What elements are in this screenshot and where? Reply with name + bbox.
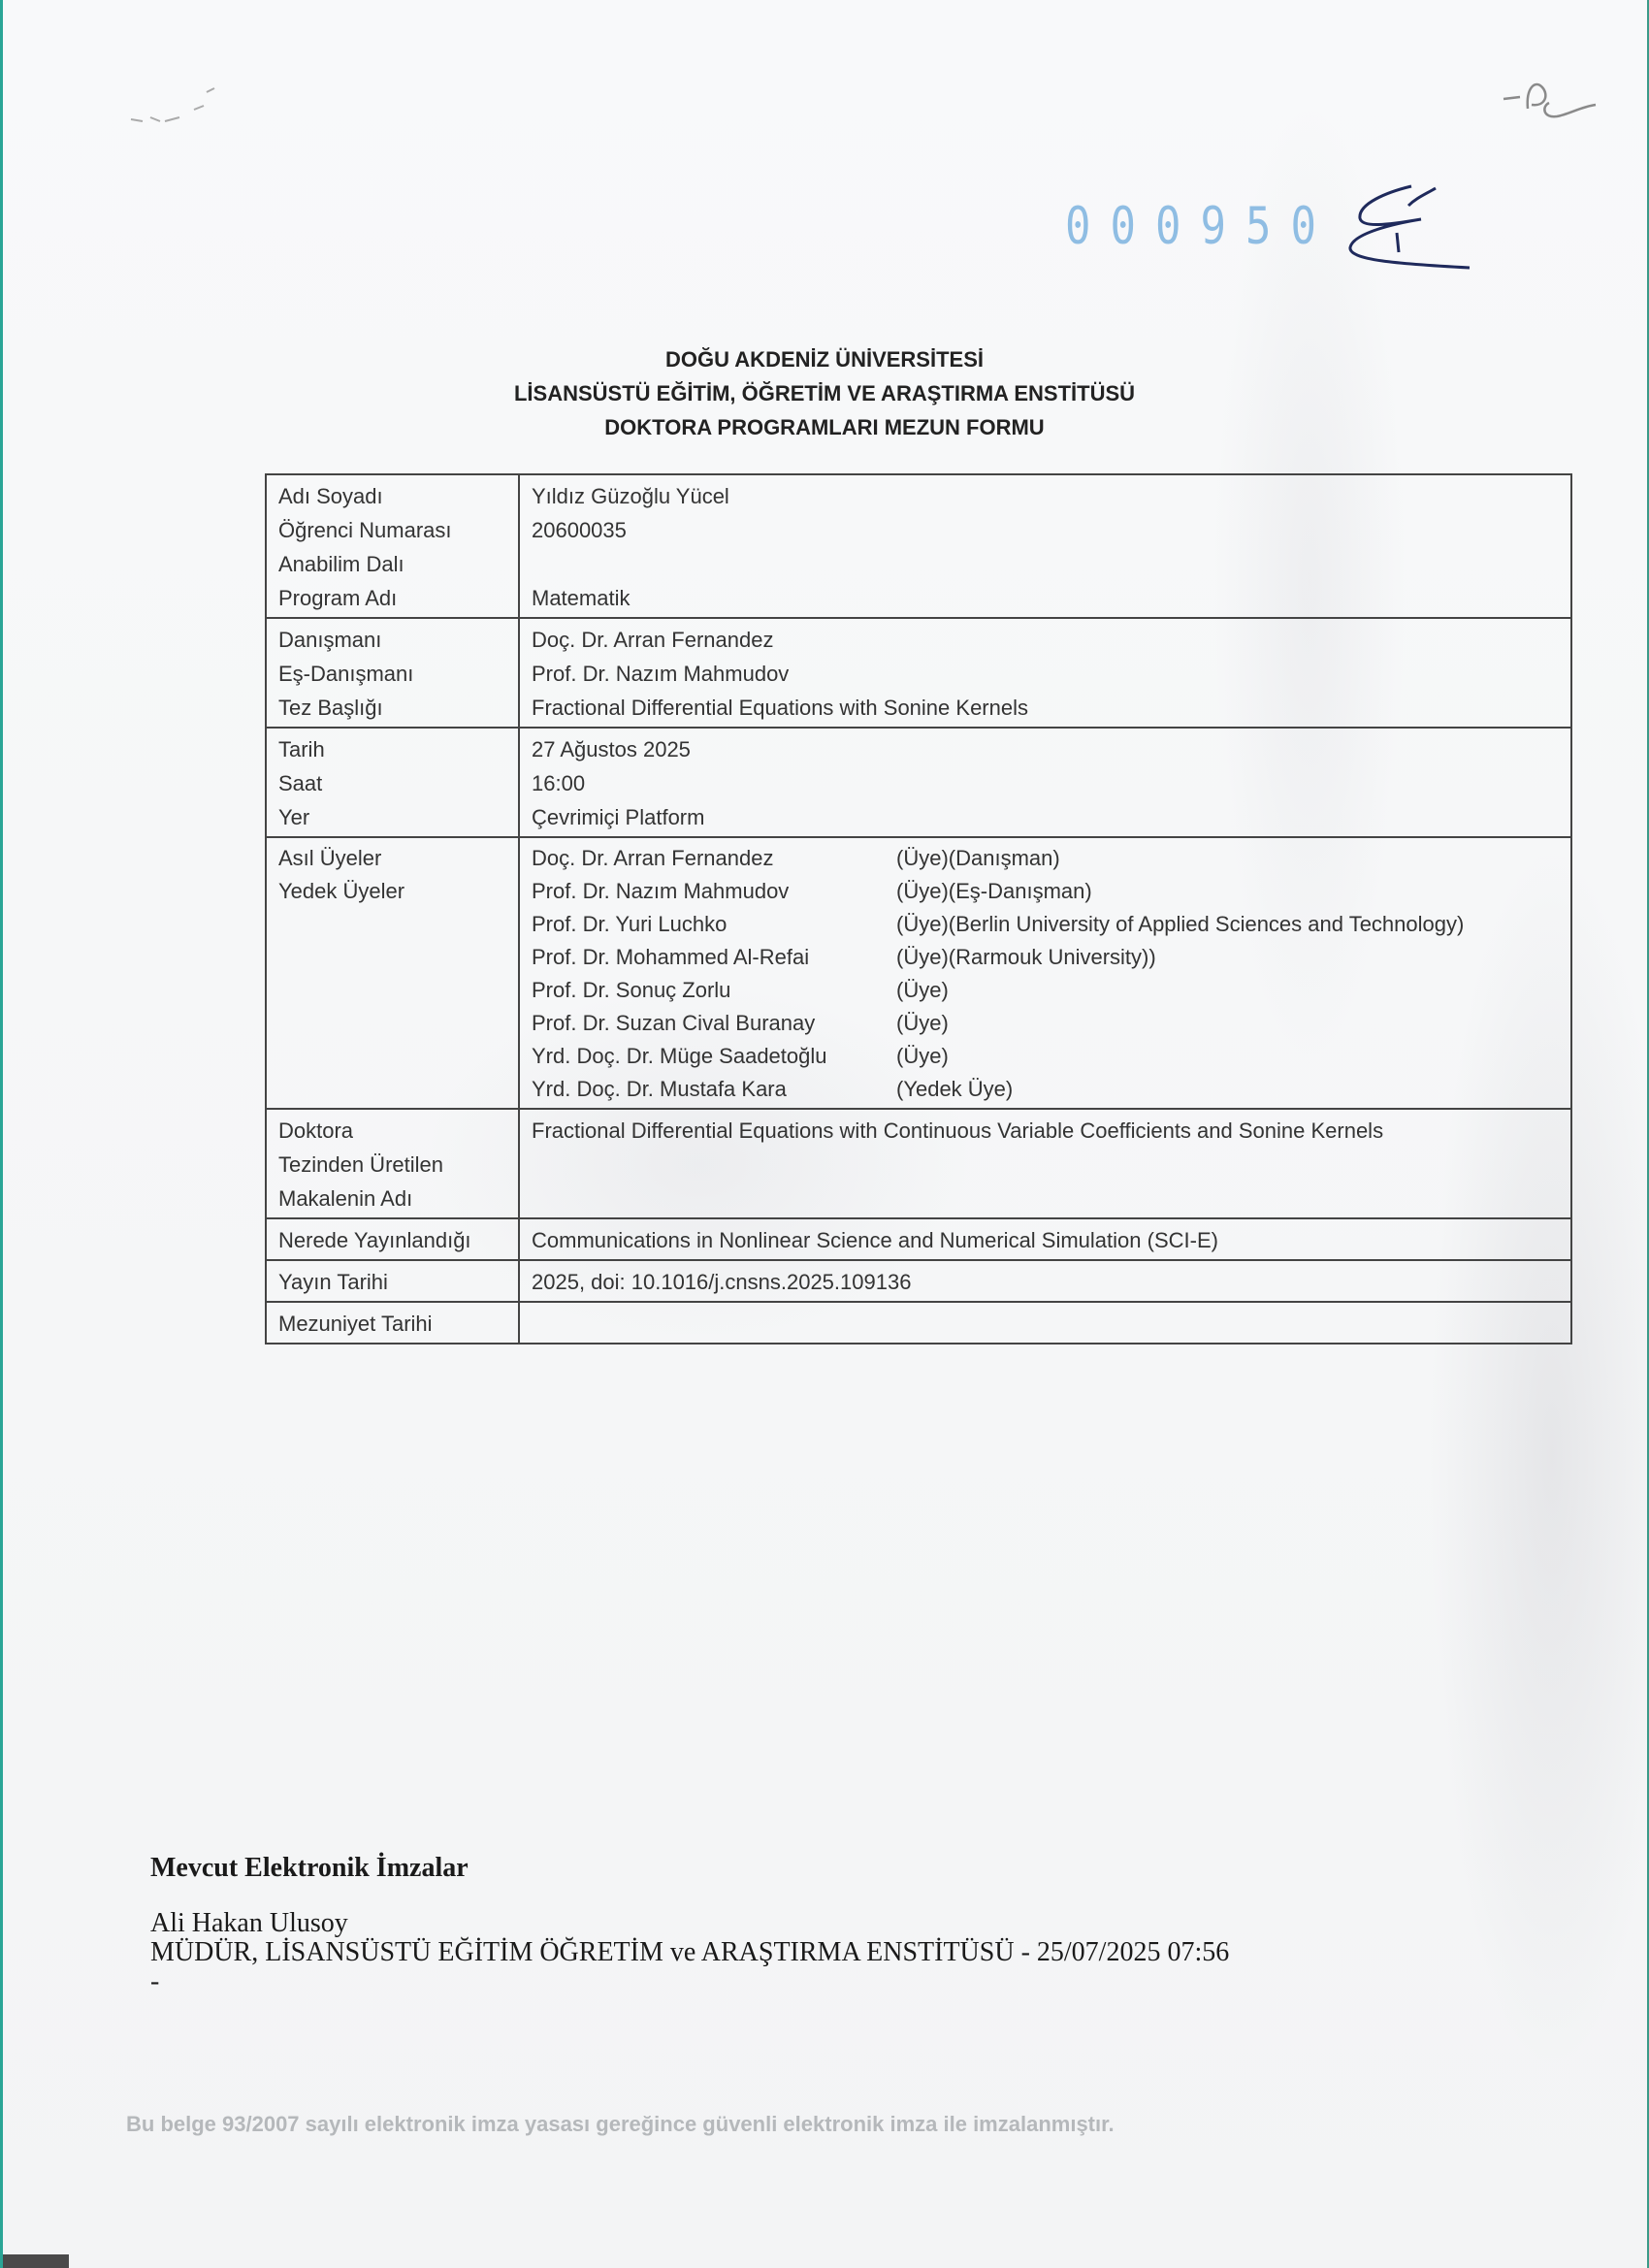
label-graduation-date: Mezuniyet Tarihi bbox=[278, 1307, 506, 1341]
ink-signature-icon bbox=[1339, 175, 1484, 281]
member-name: Prof. Dr. Yuri Luchko bbox=[532, 908, 896, 941]
member-role: (Üye)(Berlin University of Applied Scien… bbox=[896, 908, 1559, 941]
form-header: DOĞU AKDENİZ ÜNİVERSİTESİ LİSANSÜSTÜ EĞİ… bbox=[0, 342, 1649, 444]
jury-member: Prof. Dr. Nazım Mahmudov (Üye)(Eş-Danışm… bbox=[532, 875, 1559, 908]
label-time: Saat bbox=[278, 766, 506, 800]
jury-member: Prof. Dr. Sonuç Zorlu (Üye) bbox=[532, 974, 1559, 1007]
electronic-signatures: Mevcut Elektronik İmzalar Ali Hakan Ulus… bbox=[150, 1853, 1229, 1996]
jury-member: Prof. Dr. Mohammed Al-Refai (Üye)(Rarmou… bbox=[532, 941, 1559, 974]
scan-corner-shadow bbox=[3, 2254, 69, 2268]
member-name: Prof. Dr. Sonuç Zorlu bbox=[532, 974, 896, 1007]
university-name: DOĞU AKDENİZ ÜNİVERSİTESİ bbox=[0, 342, 1649, 376]
label-article-3: Makalenin Adı bbox=[278, 1182, 506, 1215]
institute-name: LİSANSÜSTÜ EĞİTİM, ÖĞRETİM VE ARAŞTIRMA … bbox=[0, 376, 1649, 410]
label-department: Anabilim Dalı bbox=[278, 547, 506, 581]
member-name: Prof. Dr. Suzan Cival Buranay bbox=[532, 1007, 896, 1040]
member-role: (Üye)(Eş-Danışman) bbox=[896, 875, 1559, 908]
value-co-advisor: Prof. Dr. Nazım Mahmudov bbox=[532, 657, 1559, 691]
article-row: Doktora Tezinden Üretilen Makalenin Adı … bbox=[266, 1109, 1571, 1218]
label-main-members: Asıl Üyeler bbox=[278, 842, 506, 875]
student-info-row: Adı Soyadı Öğrenci Numarası Anabilim Dal… bbox=[266, 474, 1571, 618]
pencil-initial-icon bbox=[1499, 78, 1625, 136]
jury-member: Prof. Dr. Suzan Cival Buranay (Üye) bbox=[532, 1007, 1559, 1040]
value-student-number: 20600035 bbox=[532, 513, 1559, 547]
member-role: (Yedek Üye) bbox=[896, 1073, 1559, 1106]
form-title: DOKTORA PROGRAMLARI MEZUN FORMU bbox=[0, 410, 1649, 444]
label-publication-date: Yayın Tarihi bbox=[278, 1265, 506, 1299]
member-role: (Üye) bbox=[896, 1007, 1559, 1040]
signer-name: Ali Hakan Ulusoy bbox=[150, 1909, 1229, 1938]
value-article-title: Fractional Differential Equations with C… bbox=[532, 1114, 1559, 1148]
member-name: Prof. Dr. Nazım Mahmudov bbox=[532, 875, 896, 908]
jury-member: Yrd. Doç. Dr. Müge Saadetoğlu (Üye) bbox=[532, 1040, 1559, 1073]
scan-edge-left bbox=[0, 0, 3, 2268]
member-name: Prof. Dr. Mohammed Al-Refai bbox=[532, 941, 896, 974]
label-advisor: Danışmanı bbox=[278, 623, 506, 657]
publication-date-row: Yayın Tarihi 2025, doi: 10.1016/j.cnsns.… bbox=[266, 1260, 1571, 1302]
value-advisor: Doç. Dr. Arran Fernandez bbox=[532, 623, 1559, 657]
value-name: Yıldız Güzoğlu Yücel bbox=[532, 479, 1559, 513]
label-thesis-title: Tez Başlığı bbox=[278, 691, 506, 725]
value-time: 16:00 bbox=[532, 766, 1559, 800]
member-role: (Üye) bbox=[896, 974, 1559, 1007]
signer-role: MÜDÜR, LİSANSÜSTÜ EĞİTİM ÖĞRETİM ve ARAŞ… bbox=[150, 1938, 1229, 1967]
legal-footer-note: Bu belge 93/2007 sayılı elektronik imza … bbox=[126, 2112, 1115, 2137]
jury-row: Asıl Üyeler Yedek Üyeler Doç. Dr. Arran … bbox=[266, 837, 1571, 1109]
jury-member: Yrd. Doç. Dr. Mustafa Kara (Yedek Üye) bbox=[532, 1073, 1559, 1106]
signatures-title: Mevcut Elektronik İmzalar bbox=[150, 1853, 1229, 1884]
document-number-stamp: 000950 bbox=[1065, 197, 1336, 256]
signature-separator: - bbox=[150, 1967, 1229, 1996]
member-name: Yrd. Doç. Dr. Müge Saadetoğlu bbox=[532, 1040, 896, 1073]
jury-member-list: Doç. Dr. Arran Fernandez (Üye)(Danışman)… bbox=[519, 837, 1571, 1109]
advisor-info-row: Danışmanı Eş-Danışmanı Tez Başlığı Doç. … bbox=[266, 618, 1571, 728]
graduate-form-table: Adı Soyadı Öğrenci Numarası Anabilim Dal… bbox=[265, 473, 1572, 1345]
scanned-page: 000950 DOĞU AKDENİZ ÜNİVERSİTESİ LİSANSÜ… bbox=[0, 0, 1649, 2268]
value-publication-date: 2025, doi: 10.1016/j.cnsns.2025.109136 bbox=[532, 1265, 1559, 1299]
value-program: Matematik bbox=[532, 581, 1559, 615]
value-published-where: Communications in Nonlinear Science and … bbox=[532, 1223, 1559, 1257]
value-department bbox=[532, 547, 1559, 581]
label-published-where: Nerede Yayınlandığı bbox=[278, 1223, 506, 1257]
value-thesis-title: Fractional Differential Equations with S… bbox=[532, 691, 1559, 725]
label-substitute-members: Yedek Üyeler bbox=[278, 875, 506, 908]
graduation-date-row: Mezuniyet Tarihi bbox=[266, 1302, 1571, 1344]
label-program: Program Adı bbox=[278, 581, 506, 615]
jury-member: Prof. Dr. Yuri Luchko (Üye)(Berlin Unive… bbox=[532, 908, 1559, 941]
value-place: Çevrimiçi Platform bbox=[532, 800, 1559, 834]
member-role: (Üye) bbox=[896, 1040, 1559, 1073]
member-role: (Üye)(Danışman) bbox=[896, 842, 1559, 875]
member-name: Doç. Dr. Arran Fernandez bbox=[532, 842, 896, 875]
member-role: (Üye)(Rarmouk University)) bbox=[896, 941, 1559, 974]
label-date: Tarih bbox=[278, 732, 506, 766]
publication-venue-row: Nerede Yayınlandığı Communications in No… bbox=[266, 1218, 1571, 1260]
jury-member: Doç. Dr. Arran Fernandez (Üye)(Danışman) bbox=[532, 842, 1559, 875]
label-article-1: Doktora bbox=[278, 1114, 506, 1148]
value-graduation-date bbox=[532, 1307, 1559, 1341]
label-student-number: Öğrenci Numarası bbox=[278, 513, 506, 547]
label-co-advisor: Eş-Danışmanı bbox=[278, 657, 506, 691]
label-article-2: Tezinden Üretilen bbox=[278, 1148, 506, 1182]
pencil-scribble-icon bbox=[121, 63, 238, 131]
label-place: Yer bbox=[278, 800, 506, 834]
defense-info-row: Tarih Saat Yer 27 Ağustos 2025 16:00 Çev… bbox=[266, 728, 1571, 837]
value-date: 27 Ağustos 2025 bbox=[532, 732, 1559, 766]
label-name: Adı Soyadı bbox=[278, 479, 506, 513]
member-name: Yrd. Doç. Dr. Mustafa Kara bbox=[532, 1073, 896, 1106]
